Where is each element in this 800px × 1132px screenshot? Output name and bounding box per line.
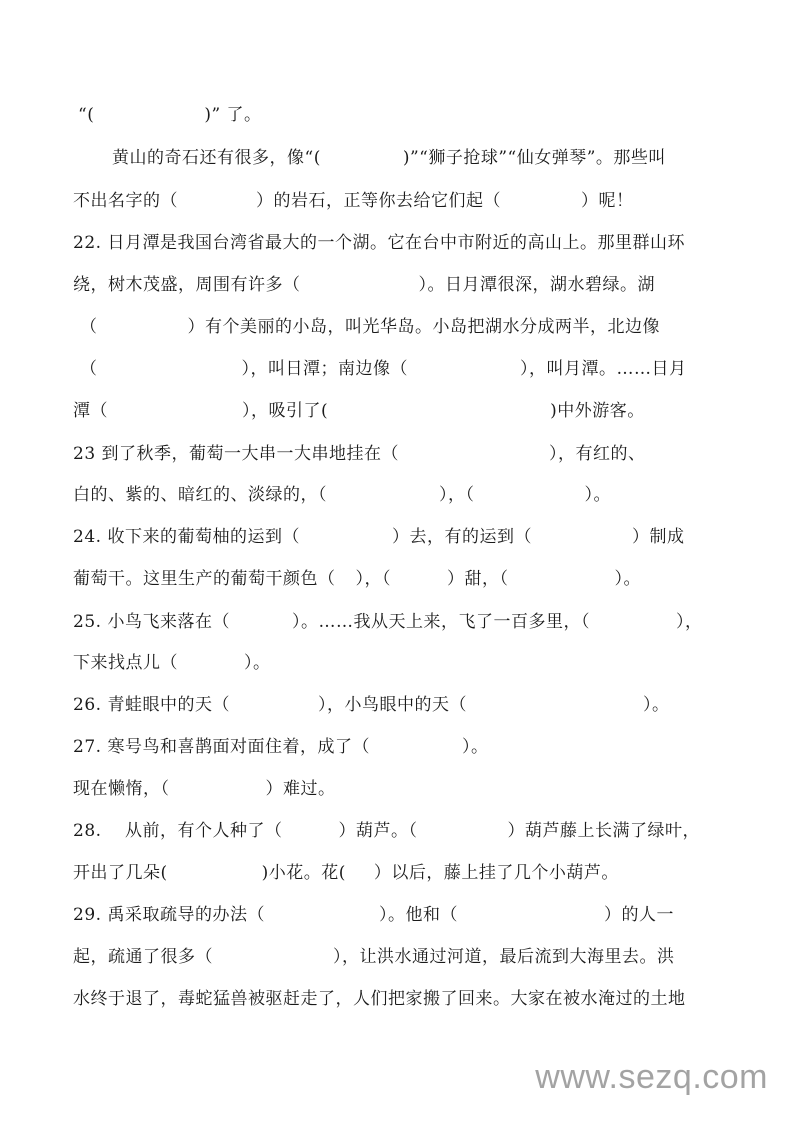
fill-in-blank: [509, 566, 615, 592]
fill-in-blank: [282, 818, 338, 844]
text-segment: 开出了几朵(: [73, 860, 168, 886]
fill-in-blank: [230, 609, 292, 635]
fill-in-blank: [265, 902, 379, 928]
text-line: 现在懒惰，（ ）难过。: [73, 776, 336, 802]
fill-in-blank: [391, 566, 447, 592]
text-segment: 起，疏通了很多（: [73, 944, 213, 970]
text-line: 下来找点儿（ ）。: [73, 650, 271, 676]
text-line: 绕，树木茂盛，周围有许多（ ）。日月潭很深，湖水碧绿。湖: [73, 272, 655, 298]
text-segment: 23 到了秋季，葡萄一大串一大串地挂在（: [73, 441, 399, 467]
text-segment: ）。: [615, 566, 642, 592]
fill-in-blank: [336, 566, 356, 592]
text-segment: 28. 从前，有个人种了（: [73, 818, 282, 844]
text-line: 开出了几朵( )小花。花( ）以后，藤上挂了几个小葫芦。: [73, 860, 619, 886]
fill-in-blank: [328, 398, 550, 424]
fill-in-blank: [321, 145, 403, 171]
text-line: 28. 从前，有个人种了（ ）葫芦。（ ）葫芦藤上长满了绿叶，: [73, 818, 700, 844]
text-segment: 29. 禹采取疏导的办法（: [73, 902, 265, 928]
text-segment: （: [80, 356, 98, 382]
text-segment: 下来找点儿（: [73, 650, 178, 676]
text-line: 葡萄干。这里生产的葡萄干颜色（ ），（ ）甜，（ ）。: [73, 566, 641, 592]
text-segment: 26. 青蛙眼中的天（: [73, 692, 230, 718]
fill-in-blank: [467, 692, 643, 718]
text-segment: ）的人一: [604, 902, 674, 928]
text-segment: ）葫芦。（: [338, 818, 417, 844]
text-segment: ），让洪水通过河道，最后流到大海里去。洪: [333, 944, 675, 970]
text-segment: 27. 寒号鸟和喜鹊面对面住着，成了（: [73, 734, 370, 760]
text-line: （ ）有个美丽的小岛，叫光华岛。小岛把湖水分成两半，北边像: [80, 314, 660, 340]
text-line: 23 到了秋季，葡萄一大串一大串地挂在（ ），有红的、: [73, 441, 646, 467]
fill-in-blank: [170, 776, 266, 802]
text-segment: “(: [78, 102, 94, 128]
text-line: 水终于退了，毒蛇猛兽被驱赶走了，人们把家搬了回来。大家在被水淹过的土地: [73, 986, 686, 1012]
fill-in-blank: [501, 188, 581, 214]
text-segment: ），叫日潭；南边像（: [242, 356, 409, 382]
text-line: 26. 青蛙眼中的天（ ），小鸟眼中的天（ ）。: [73, 692, 669, 718]
fill-in-blank: [370, 734, 462, 760]
text-segment: ），小鸟眼中的天（: [318, 692, 467, 718]
text-segment: ）的岩石，正等你去给它们起（: [256, 188, 501, 214]
text-segment: ）难过。: [266, 776, 336, 802]
fill-in-blank: [399, 441, 549, 467]
text-segment: ）葫芦藤上长满了绿叶，: [507, 818, 700, 844]
text-line: 起，疏通了很多（ ），让洪水通过河道，最后流到大海里去。洪: [73, 944, 675, 970]
text-segment: )” 了。: [204, 102, 261, 128]
text-segment: ）。: [244, 650, 271, 676]
text-line: “( )” 了。: [78, 102, 262, 128]
text-line: （ ），叫日潭；南边像（ ），叫月潭。……日月: [80, 356, 687, 382]
fill-in-blank: [98, 314, 188, 340]
text-segment: ）以后，藤上挂了几个小葫芦。: [374, 860, 619, 886]
fill-in-blank: [178, 188, 256, 214]
fill-in-blank: [213, 944, 333, 970]
text-segment: 22. 日月潭是我国台湾省最大的一个湖。它在台中市附近的高山上。那里群山环: [73, 230, 685, 256]
text-line: 不出名字的（ ）的岩石，正等你去给它们起（ ）呢！: [73, 188, 634, 214]
text-segment: ），（: [356, 566, 392, 592]
text-segment: ），: [676, 609, 703, 635]
text-line: 白的、紫的、暗红的、淡绿的，（ ），（ ）。: [73, 482, 611, 508]
text-segment: 葡萄干。这里生产的葡萄干颜色（: [73, 566, 336, 592]
fill-in-blank: [168, 860, 262, 886]
text-line: 27. 寒号鸟和喜鹊面对面住着，成了（ ）。: [73, 734, 488, 760]
fill-in-blank: [300, 524, 392, 550]
text-segment: ），（: [439, 482, 475, 508]
fill-in-blank: [94, 102, 204, 128]
text-segment: ）。他和（: [379, 902, 458, 928]
text-segment: ）。: [462, 734, 489, 760]
text-segment: 潭（: [73, 398, 108, 424]
fill-in-blank: [346, 860, 374, 886]
text-segment: ）。: [643, 692, 670, 718]
fill-in-blank: [458, 902, 604, 928]
text-segment: ）。: [585, 482, 612, 508]
text-segment: ）呢！: [581, 188, 634, 214]
fill-in-blank: [532, 524, 632, 550]
text-segment: 绕，树木茂盛，周围有许多（: [73, 272, 301, 298]
fill-in-blank: [327, 482, 439, 508]
text-line: 24. 收下来的葡萄柚的运到（ ）去，有的运到（ ）制成: [73, 524, 684, 550]
text-segment: ），有红的、: [549, 441, 646, 467]
text-segment: （: [80, 314, 98, 340]
text-segment: ），叫月潭。……日月: [520, 356, 687, 382]
watermark: www.sezq.com: [535, 1058, 768, 1097]
text-line: 黄山的奇石还有很多，像“( )”“狮子抢球”“仙女弹琴”。那些叫: [112, 145, 666, 171]
text-segment: 24. 收下来的葡萄柚的运到（: [73, 524, 300, 550]
document-page: “( )” 了。黄山的奇石还有很多，像“( )”“狮子抢球”“仙女弹琴”。那些叫…: [0, 0, 800, 1132]
text-segment: 25. 小鸟飞来落在（: [73, 609, 230, 635]
text-segment: 现在懒惰，（: [73, 776, 170, 802]
text-segment: )小花。花(: [262, 860, 346, 886]
text-segment: ），吸引了(: [242, 398, 328, 424]
fill-in-blank: [230, 692, 318, 718]
text-segment: 不出名字的（: [73, 188, 178, 214]
fill-in-blank: [417, 818, 507, 844]
text-segment: ）。日月潭很深，湖水碧绿。湖: [419, 272, 656, 298]
fill-in-blank: [408, 356, 520, 382]
text-segment: ）有个美丽的小岛，叫光华岛。小岛把湖水分成两半，北边像: [188, 314, 661, 340]
text-line: 潭（ ），吸引了( )中外游客。: [73, 398, 645, 424]
fill-in-blank: [98, 356, 242, 382]
text-line: 22. 日月潭是我国台湾省最大的一个湖。它在台中市附近的高山上。那里群山环: [73, 230, 685, 256]
text-line: 29. 禹采取疏导的办法（ ）。他和（ ）的人一: [73, 902, 674, 928]
text-line: 25. 小鸟飞来落在（ ）。……我从天上来，飞了一百多里，（ ），: [73, 609, 702, 635]
text-segment: 白的、紫的、暗红的、淡绿的，（: [73, 482, 327, 508]
text-segment: ）去，有的运到（: [392, 524, 532, 550]
fill-in-blank: [178, 650, 244, 676]
text-segment: ）。……我从天上来，飞了一百多里，（: [292, 609, 590, 635]
text-segment: 水终于退了，毒蛇猛兽被驱赶走了，人们把家搬了回来。大家在被水淹过的土地: [73, 986, 686, 1012]
fill-in-blank: [301, 272, 419, 298]
text-segment: ）制成: [632, 524, 685, 550]
text-segment: ）甜，（: [447, 566, 509, 592]
text-segment: )”“狮子抢球”“仙女弹琴”。那些叫: [403, 145, 666, 171]
text-segment: 黄山的奇石还有很多，像“(: [112, 145, 321, 171]
fill-in-blank: [475, 482, 585, 508]
text-segment: )中外游客。: [550, 398, 645, 424]
fill-in-blank: [590, 609, 676, 635]
fill-in-blank: [108, 398, 242, 424]
